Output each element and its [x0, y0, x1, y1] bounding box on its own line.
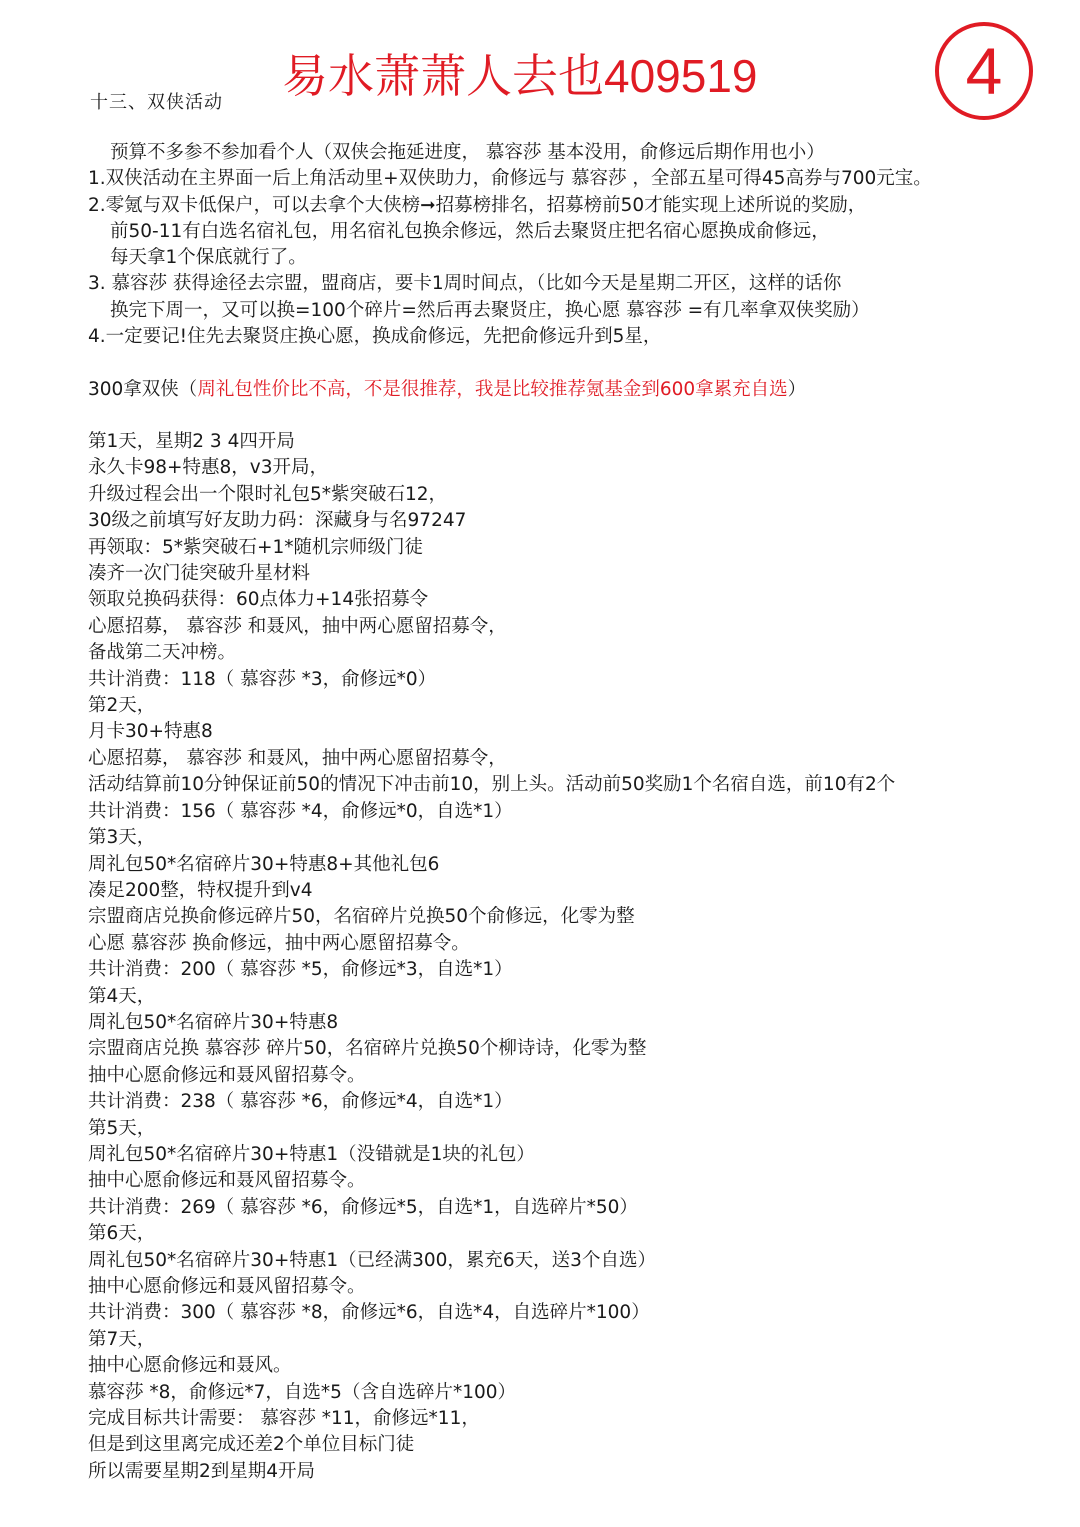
log-line: 凑齐一次门徒突破升星材料	[88, 561, 1048, 587]
circled-number-badge: 4	[935, 22, 1033, 120]
log-line: 第3天，	[88, 825, 1048, 851]
daily-log: 第1天，星期2 3 4四开局 永久卡98+特惠8，v3开局， 升级过程会出一个限…	[88, 429, 1048, 1485]
log-line: 宗盟商店兑换 慕容莎 碎片50，名宿碎片兑换50个柳诗诗，化零为整	[88, 1036, 1048, 1062]
intro-line: 预算不多参不参加看个人（双侠会拖延进度， 慕容莎 基本没用，俞修远后期作用也小）	[88, 140, 1048, 166]
log-line: 周礼包50*名宿碎片30+特惠8	[88, 1010, 1048, 1036]
log-line: 第7天，	[88, 1327, 1048, 1353]
intro-line: 换完下周一，又可以换=100个碎片=然后再去聚贤庄，换心愿 慕容莎 =有几率拿双…	[88, 298, 1048, 324]
log-line: 共计消费：269（ 慕容莎 *6，俞修远*5，自选*1，自选碎片*50）	[88, 1195, 1048, 1221]
log-line: 第5天，	[88, 1116, 1048, 1142]
log-line: 共计消费：118（ 慕容莎 *3，俞修远*0）	[88, 667, 1048, 693]
log-line: 周礼包50*名宿碎片30+特惠1（已经满300，累充6天，送3个自选）	[88, 1248, 1048, 1274]
log-line: 永久卡98+特惠8，v3开局，	[88, 455, 1048, 481]
log-line: 抽中心愿俞修远和聂风留招募令。	[88, 1274, 1048, 1300]
badge-number: 4	[966, 38, 1003, 104]
log-line: 但是到这里离完成还差2个单位目标门徒	[88, 1432, 1048, 1458]
log-line: 宗盟商店兑换俞修远碎片50，名宿碎片兑换50个俞修远，化零为整	[88, 904, 1048, 930]
log-line: 抽中心愿俞修远和聂风留招募令。	[88, 1063, 1048, 1089]
log-line: 第2天，	[88, 693, 1048, 719]
log-line: 心愿招募， 慕容莎 和聂风，抽中两心愿留招募令，	[88, 614, 1048, 640]
log-line: 凑足200整，特权提升到v4	[88, 878, 1048, 904]
plan-heading: 300拿双侠（周礼包性价比不高，不是很推荐，我是比较推荐氪基金到600拿累充自选…	[88, 377, 806, 403]
log-line: 备战第二天冲榜。	[88, 640, 1048, 666]
log-line: 抽中心愿俞修远和聂风留招募令。	[88, 1168, 1048, 1194]
log-line: 共计消费：238（ 慕容莎 *6，俞修远*4，自选*1）	[88, 1089, 1048, 1115]
log-line: 共计消费：156（ 慕容莎 *4，俞修远*0，自选*1）	[88, 799, 1048, 825]
log-line: 所以需要星期2到星期4开局	[88, 1459, 1048, 1485]
intro-line: 3. 慕容莎 获得途径去宗盟，盟商店，要卡1周时间点，（比如今天是星期二开区，这…	[88, 271, 1048, 297]
log-line: 共计消费：200（ 慕容莎 *5，俞修远*3，自选*1）	[88, 957, 1048, 983]
page-title: 易水萧萧人去也409519	[282, 40, 758, 106]
log-line: 周礼包50*名宿碎片30+特惠8+其他礼包6	[88, 852, 1048, 878]
log-line: 再领取：5*紫突破石+1*随机宗师级门徒	[88, 535, 1048, 561]
log-line: 第4天，	[88, 984, 1048, 1010]
log-line: 领取兑换码获得：60点体力+14张招募令	[88, 587, 1048, 613]
intro-line: 前50-11有白选名宿礼包，用名宿礼包换余修远，然后去聚贤庄把名宿心愿换成俞修远…	[88, 219, 1048, 245]
intro-line: 1.双侠活动在主界面一后上角活动里+双侠助力，俞修远与 慕容莎 ，全部五星可得4…	[88, 166, 1048, 192]
log-line: 抽中心愿俞修远和聂风。	[88, 1353, 1048, 1379]
log-line: 周礼包50*名宿碎片30+特惠1（没错就是1块的礼包）	[88, 1142, 1048, 1168]
log-line: 第1天，星期2 3 4四开局	[88, 429, 1048, 455]
plan-prefix: 300拿双侠（	[88, 379, 197, 400]
plan-note: 周礼包性价比不高，不是很推荐，我是比较推荐氪基金到600拿累充自选	[197, 379, 787, 400]
log-line: 慕容莎 *8，俞修远*7，自选*5（含自选碎片*100）	[88, 1380, 1048, 1406]
intro-block: 预算不多参不参加看个人（双侠会拖延进度， 慕容莎 基本没用，俞修远后期作用也小）…	[88, 140, 1048, 350]
intro-line: 2.零氪与双卡低保户，可以去拿个大侠榜➞招募榜排名，招募榜前50才能实现上述所说…	[88, 193, 1048, 219]
log-line: 30级之前填写好友助力码：深藏身与名97247	[88, 508, 1048, 534]
log-line: 心愿招募， 慕容莎 和聂风，抽中两心愿留招募令，	[88, 746, 1048, 772]
log-line: 月卡30+特惠8	[88, 719, 1048, 745]
log-line: 共计消费：300（ 慕容莎 *8，俞修远*6，自选*4，自选碎片*100）	[88, 1300, 1048, 1326]
log-line: 完成目标共计需要： 慕容莎 *11，俞修远*11，	[88, 1406, 1048, 1432]
log-line: 活动结算前10分钟保证前50的情况下冲击前10，别上头。活动前50奖励1个名宿自…	[88, 772, 1048, 798]
log-line: 第6天，	[88, 1221, 1048, 1247]
section-heading: 十三、双侠活动	[90, 88, 223, 114]
intro-line: 每天拿1个保底就行了。	[88, 245, 1048, 271]
intro-line: 4.一定要记!住先去聚贤庄换心愿，换成俞修远，先把俞修远升到5星，	[88, 324, 1048, 350]
plan-suffix: ）	[788, 379, 807, 400]
log-line: 心愿 慕容莎 换俞修远，抽中两心愿留招募令。	[88, 931, 1048, 957]
log-line: 升级过程会出一个限时礼包5*紫突破石12，	[88, 482, 1048, 508]
